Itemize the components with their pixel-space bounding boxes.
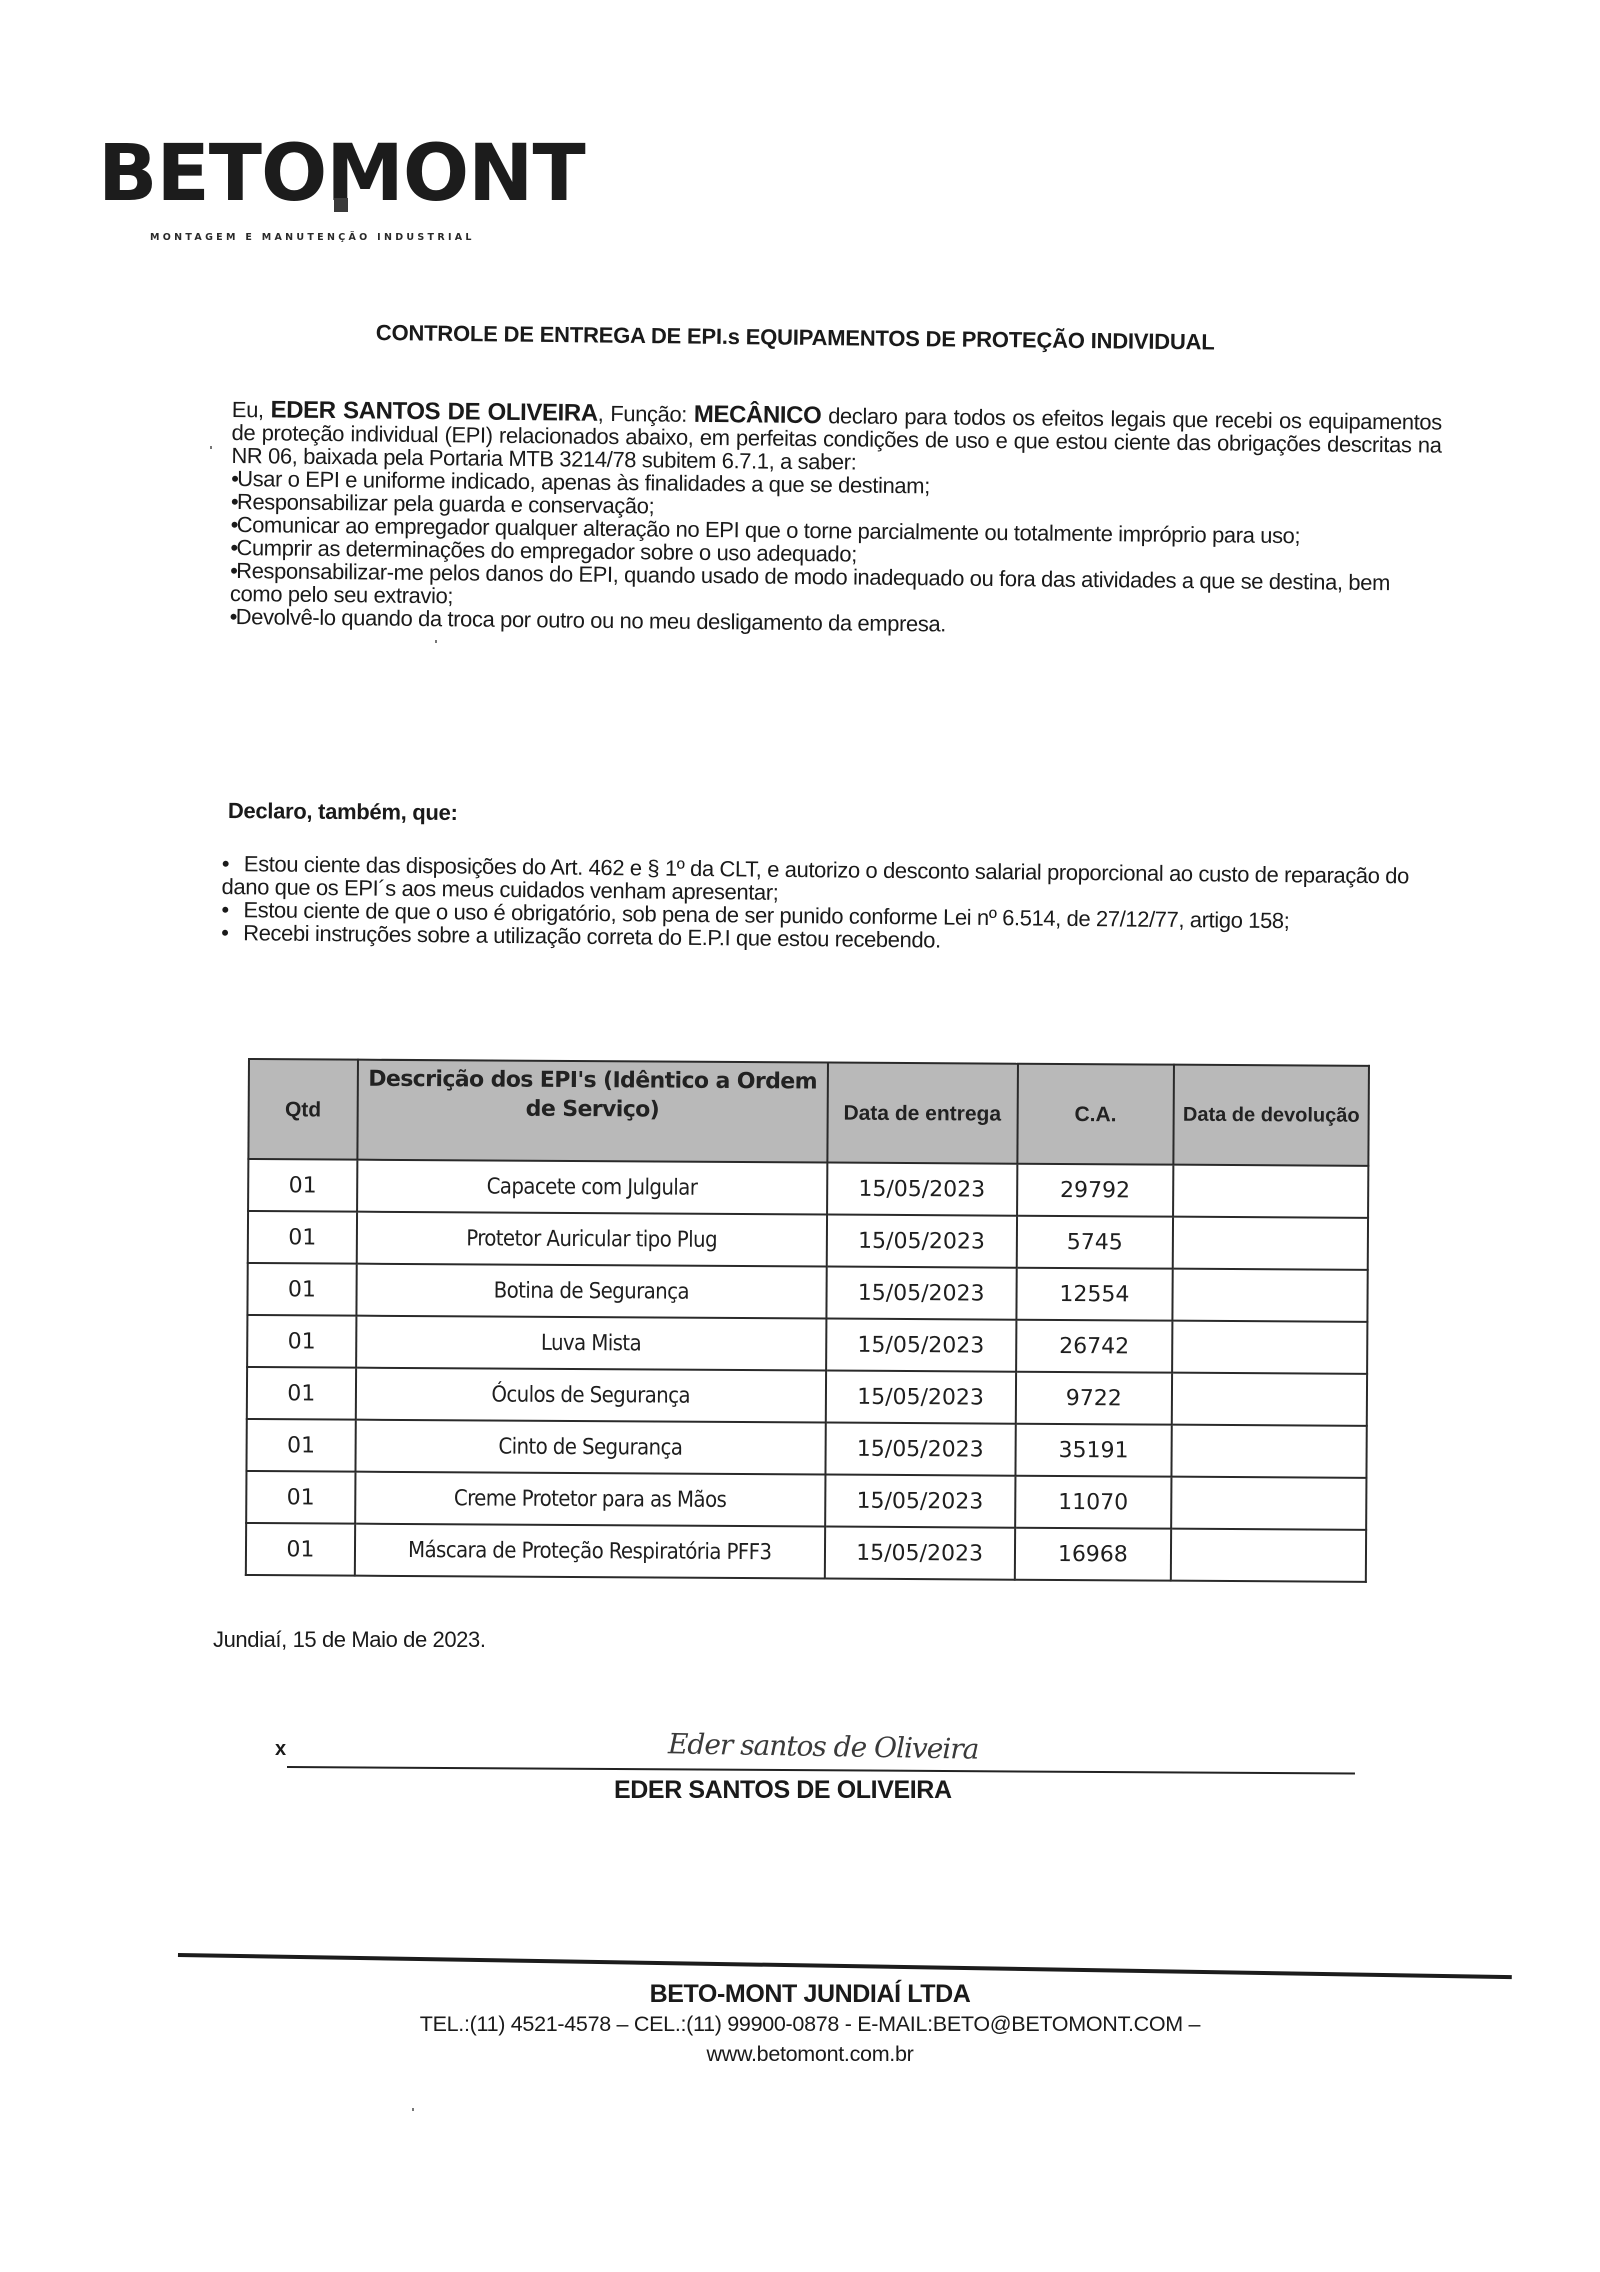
cell-data-devolucao [1171,1529,1366,1582]
column-header-data-devolucao: Data de devolução [1174,1065,1369,1166]
cell-data-devolucao [1173,1217,1368,1270]
cell-ca: 29792 [1017,1164,1174,1217]
cell-data-entrega: 15/05/2023 [825,1475,1015,1528]
handwritten-signature: Eder santos de Oliveira [668,1727,979,1765]
cell-data-devolucao [1173,1165,1368,1218]
obligations-list: •Usar o EPI e uniforme indicado, apenas … [230,467,1442,641]
cell-ca: 35191 [1015,1424,1172,1477]
bullet-icon: • [221,898,243,921]
table-row: 01Cinto de Segurança15/05/202335191 [246,1419,1366,1478]
table-row: 01Luva Mista15/05/202326742 [247,1315,1367,1374]
cell-descricao: Cinto de Segurança [355,1420,825,1475]
table-row: 01Capacete com Julgular15/05/202329792 [248,1159,1368,1218]
cell-descricao: Protetor Auricular tipo Plug [357,1212,827,1267]
logo-wordmark: BETOMONT [98,138,568,210]
table-row: 01Máscara de Proteção Respiratória PFF31… [246,1523,1366,1582]
cell-qtd: 01 [248,1211,357,1264]
scan-speck [435,640,437,643]
column-header-qtd: Qtd [248,1059,357,1160]
bullet-icon: • [221,921,243,944]
logo-tagline: MONTAGEM E MANUTENÇÃO INDUSTRIAL [150,232,475,243]
cell-qtd: 01 [246,1523,355,1576]
cell-data-entrega: 15/05/2023 [825,1527,1015,1580]
signer-name: EDER SANTOS DE OLIVEIRA [614,1776,952,1805]
company-logo: BETOMONT [98,138,568,210]
cell-descricao: Creme Protetor para as Mãos [355,1472,825,1527]
cell-data-entrega: 15/05/2023 [826,1215,1016,1268]
table-row: 01Creme Protetor para as Mãos15/05/20231… [246,1471,1366,1530]
place-and-date: Jundiaí, 15 de Maio de 2023. [213,1627,486,1653]
cell-data-entrega: 15/05/2023 [826,1267,1016,1320]
cell-ca: 12554 [1016,1268,1173,1321]
cell-qtd: 01 [246,1419,355,1472]
cell-data-devolucao [1172,1425,1367,1478]
epi-delivery-table: Qtd Descrição dos EPI's (Idêntico a Orde… [245,1058,1370,1583]
cell-qtd: 01 [247,1315,356,1368]
cell-qtd: 01 [247,1367,356,1420]
table-header-row: Qtd Descrição dos EPI's (Idêntico a Orde… [248,1059,1369,1166]
column-header-data-entrega: Data de entrega [827,1063,1017,1164]
cell-data-devolucao [1173,1269,1368,1322]
cell-ca: 26742 [1016,1320,1173,1373]
logo-square-mark-icon [334,198,348,212]
table-row: 01Protetor Auricular tipo Plug15/05/2023… [248,1211,1368,1270]
signature-line [287,1766,1355,1775]
function-label: , Função: [598,401,694,427]
also-declare-list: •Estou ciente das disposições do Art. 46… [221,852,1417,957]
cell-ca: 9722 [1015,1372,1172,1425]
table-row: 01Botina de Segurança15/05/202312554 [247,1263,1367,1322]
cell-data-devolucao [1171,1477,1366,1530]
footer-divider [178,1953,1512,1979]
footer-contacts: TEL.:(11) 4521-4578 – CEL.:(11) 99900-08… [0,2012,1600,2037]
scan-speck [210,446,212,449]
column-header-descricao: Descrição dos EPI's (Idêntico a Ordem de… [357,1060,828,1163]
cell-qtd: 01 [247,1263,356,1316]
cell-ca: 5745 [1016,1216,1173,1269]
cell-descricao: Botina de Segurança [356,1264,826,1319]
bullet-icon: • [222,852,244,875]
cell-descricao: Capacete com Julgular [357,1160,827,1215]
column-header-ca: C.A. [1017,1064,1174,1165]
signature-x-mark: x [275,1738,286,1761]
cell-data-entrega: 15/05/2023 [826,1319,1016,1372]
cell-ca: 16968 [1014,1528,1171,1581]
cell-data-devolucao [1172,1373,1367,1426]
declaration-prefix: Eu, [232,397,271,422]
cell-descricao: Máscara de Proteção Respiratória PFF3 [355,1524,825,1579]
document-title: CONTROLE DE ENTREGA DE EPI.s EQUIPAMENTO… [376,320,1215,356]
footer-website: www.betomont.com.br [0,2042,1600,2067]
also-declare-heading: Declaro, também, que: [228,798,458,826]
cell-data-entrega: 15/05/2023 [825,1371,1015,1424]
cell-qtd: 01 [246,1471,355,1524]
cell-descricao: Luva Mista [356,1316,826,1371]
cell-data-devolucao [1172,1321,1367,1374]
cell-descricao: Óculos de Segurança [356,1368,826,1423]
cell-data-entrega: 15/05/2023 [825,1423,1015,1476]
declaration-block: Eu, EDER SANTOS DE OLIVEIRA, Função: MEC… [230,398,1442,641]
also-declare-text: Estou ciente das disposições do Art. 462… [222,851,1410,905]
scan-speck [412,2108,414,2111]
cell-qtd: 01 [248,1159,357,1212]
table-row: 01Óculos de Segurança15/05/20239722 [247,1367,1367,1426]
cell-ca: 11070 [1015,1476,1172,1529]
cell-data-entrega: 15/05/2023 [827,1163,1017,1216]
footer-company-name: BETO-MONT JUNDIAÍ LTDA [0,1980,1600,2009]
